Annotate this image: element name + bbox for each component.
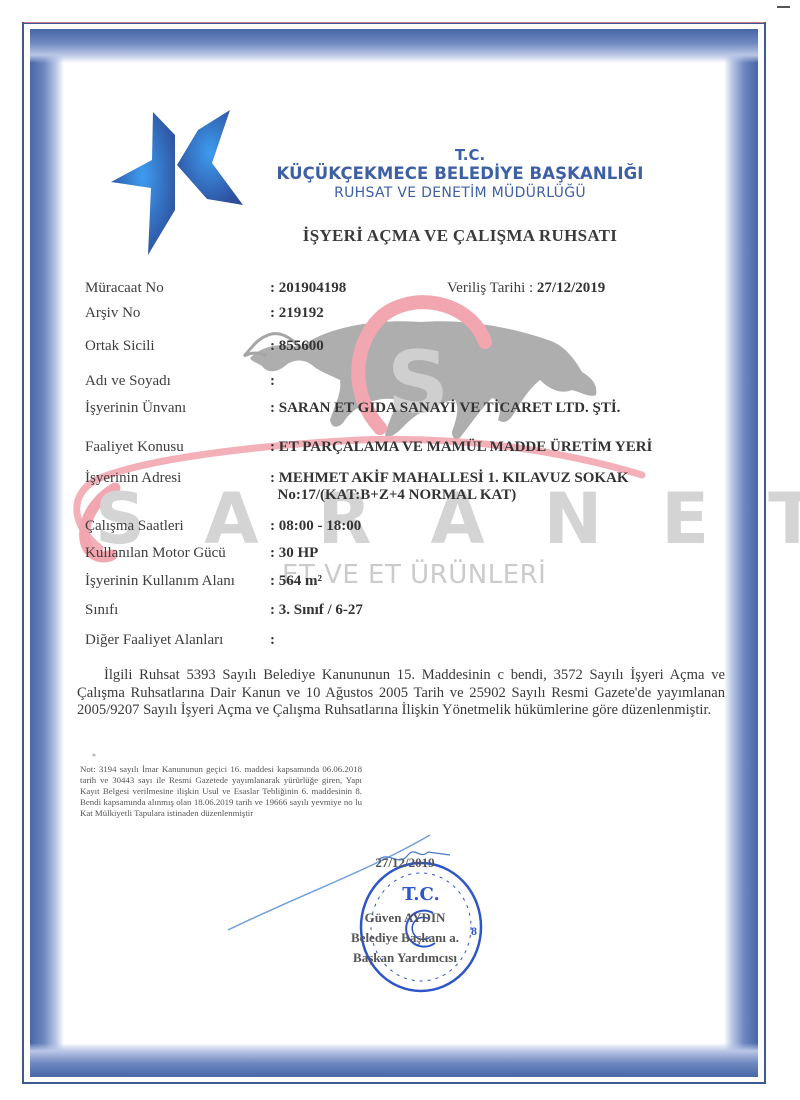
minimize-icon[interactable]: [777, 6, 790, 8]
field-value: : 564 m²: [270, 573, 322, 590]
field-value: :: [270, 373, 275, 390]
field-row: Faaliyet Konusu: ET PARÇALAMA VE MAMÜL M…: [85, 439, 652, 456]
field-label: Müracaat No: [85, 280, 270, 297]
field-row: Ortak Sicili: 855600: [85, 338, 324, 355]
signatory-title-2: Başkan Yardımcısı: [325, 948, 485, 968]
field-label: Kullanılan Motor Gücü: [85, 545, 270, 562]
field-value: : 3. Sınıf / 6-27: [270, 602, 363, 619]
signatory-name: Güven AYDIN: [325, 908, 485, 928]
issue-date-label: Veriliş Tarihi :: [447, 280, 533, 296]
field-value: : ET PARÇALAMA VE MAMÜL MADDE ÜRETİM YER…: [270, 439, 652, 456]
department-name: RUHSAT VE DENETİM MÜDÜRLÜĞÜ: [260, 184, 660, 202]
field-label: Diğer Faaliyet Alanları: [85, 632, 270, 649]
field-label: Çalışma Saatleri: [85, 518, 270, 535]
field-row: İşyerinin Ünvanı: SARAN ET GIDA SANAYİ V…: [85, 400, 620, 417]
issue-date: Veriliş Tarihi : 27/12/2019: [447, 280, 605, 297]
field-label: Ortak Sicili: [85, 338, 270, 355]
legal-basis-paragraph: İlgili Ruhsat 5393 Sayılı Belediye Kanun…: [77, 667, 725, 720]
country-label: T.C.: [270, 146, 670, 164]
field-row: Sınıfı: 3. Sınıf / 6-27: [85, 602, 363, 619]
signature-date: 27/12/2019: [325, 853, 485, 873]
municipality-name: KÜÇÜKÇEKMECE BELEDİYE BAŞKANLIĞI: [260, 164, 660, 184]
note-marker: *: [92, 752, 96, 761]
field-row: Arşiv No: 219192: [85, 305, 324, 322]
field-value: : 201904198: [270, 280, 346, 297]
field-row: Diğer Faaliyet Alanları:: [85, 632, 275, 649]
issue-date-value: 27/12/2019: [537, 280, 605, 296]
field-row: İşyerinin Kullanım Alanı: 564 m²: [85, 573, 322, 590]
field-row: Çalışma Saatleri: 08:00 - 18:00: [85, 518, 361, 535]
field-row: Kullanılan Motor Gücü: 30 HP: [85, 545, 318, 562]
kucukcekmece-logo-icon: [100, 105, 250, 265]
field-value: : 855600: [270, 338, 324, 355]
signatory-title-1: Belediye Başkanı a.: [325, 928, 485, 948]
footnote: Not: 3194 sayılı İmar Kanununun geçici 1…: [80, 764, 362, 819]
issuing-authority: T.C. KÜÇÜKÇEKMECE BELEDİYE BAŞKANLIĞI RU…: [260, 146, 660, 202]
field-value: : MEHMET AKİF MAHALLESİ 1. KILAVUZ SOKAK…: [270, 470, 629, 504]
signature-block: 27/12/2019 Güven AYDIN Belediye Başkanı …: [325, 853, 485, 968]
document-title: İŞYERİ AÇMA VE ÇALIŞMA RUHSATI: [250, 226, 670, 246]
field-label: Faaliyet Konusu: [85, 439, 270, 456]
field-label: Arşiv No: [85, 305, 270, 322]
field-value: : SARAN ET GIDA SANAYİ VE TİCARET LTD. Ş…: [270, 400, 620, 417]
field-row: Adı ve Soyadı:: [85, 373, 275, 390]
field-row: Müracaat No: 201904198: [85, 280, 346, 297]
field-label: Adı ve Soyadı: [85, 373, 270, 390]
field-value: : 30 HP: [270, 545, 318, 562]
field-row: İşyerinin Adresi: MEHMET AKİF MAHALLESİ …: [85, 470, 629, 504]
field-label: İşyerinin Kullanım Alanı: [85, 573, 270, 590]
field-value: :: [270, 632, 275, 649]
field-label: İşyerinin Ünvanı: [85, 400, 270, 417]
field-value: : 08:00 - 18:00: [270, 518, 361, 535]
field-label: İşyerinin Adresi: [85, 470, 270, 504]
field-label: Sınıfı: [85, 602, 270, 619]
field-value: : 219192: [270, 305, 324, 322]
